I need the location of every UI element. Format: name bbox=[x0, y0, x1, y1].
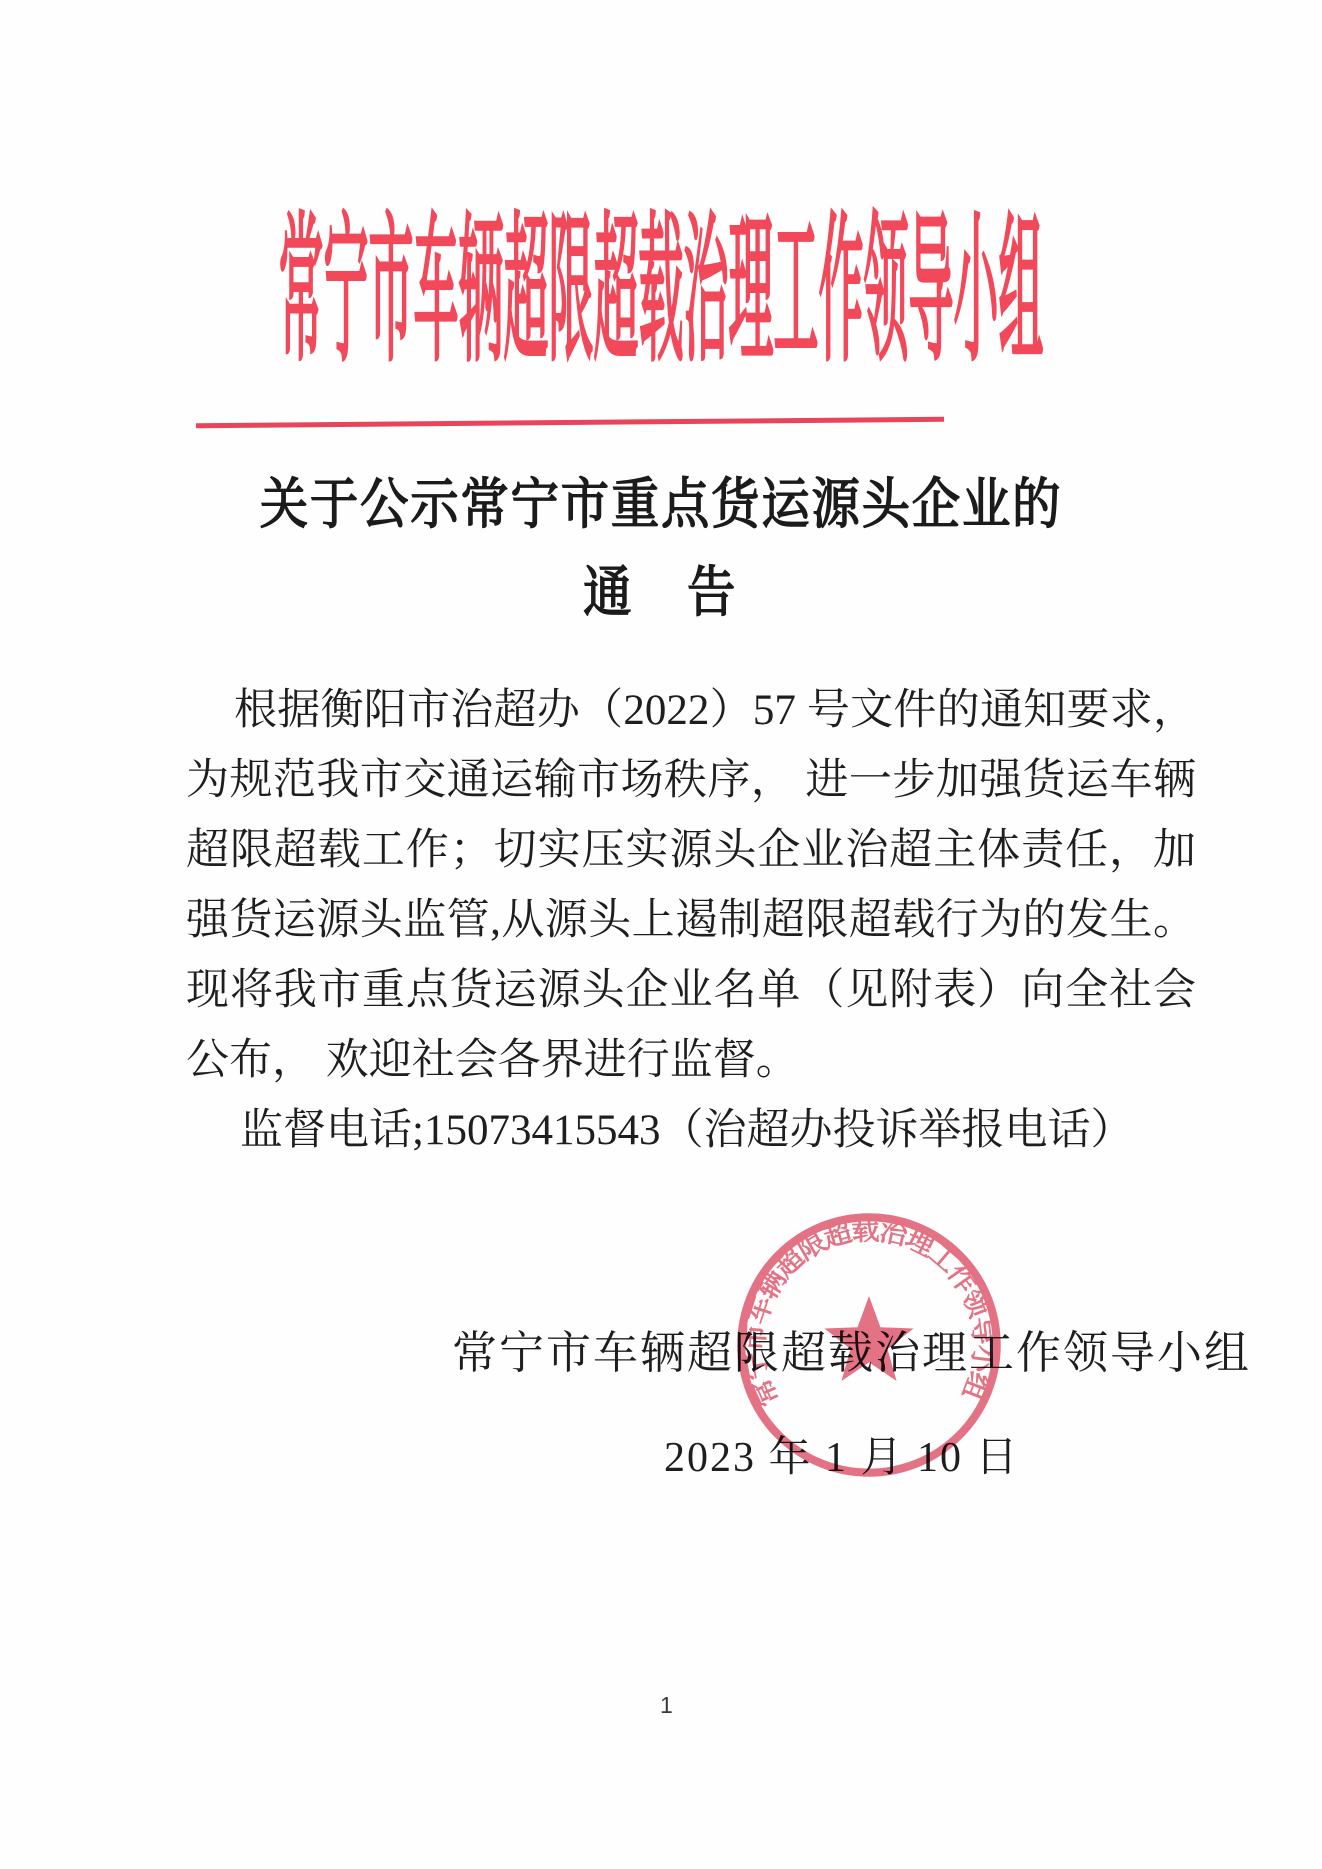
notice-body: 根据衡阳市治超办（2022）57 号文件的通知要求， 为规范我市交通运输市场秩序… bbox=[186, 676, 1196, 1166]
seal-star-icon bbox=[824, 1296, 913, 1381]
scanned-notice-page: 常宁市车辆超限超载治理工作领导小组 关于公示常宁市重点货运源头企业的 通 告 根… bbox=[0, 0, 1322, 1869]
body-line: 公布， 欢迎社会各界进行监督。 bbox=[186, 1026, 1196, 1096]
letterhead-title: 常宁市车辆超限超载治理工作领导小组 bbox=[279, 160, 1044, 393]
body-line: 现将我市重点货运源头企业名单（见附表）向全社会 bbox=[186, 956, 1196, 1026]
body-line: 为规范我市交通运输市场秩序， 进一步加强货运车辆 bbox=[186, 746, 1196, 816]
letterhead-divider bbox=[196, 417, 944, 429]
notice-title: 关于公示常宁市重点货运源头企业的 bbox=[260, 460, 1063, 539]
page-number: 1 bbox=[660, 1692, 673, 1719]
body-line: 强货运源头监管,从源头上遏制超限超载行为的发生。 bbox=[186, 886, 1196, 956]
body-line: 根据衡阳市治超办（2022）57 号文件的通知要求， bbox=[186, 676, 1196, 746]
body-line: 监督电话;15073415543（治超办投诉举报电话） bbox=[186, 1096, 1196, 1166]
official-seal: 常宁市车辆超限超载治理工作领导小组 bbox=[726, 1202, 1012, 1488]
body-line: 超限超载工作；切实压实源头企业治超主体责任，加 bbox=[186, 816, 1196, 886]
notice-subtitle: 通 告 bbox=[583, 548, 739, 627]
